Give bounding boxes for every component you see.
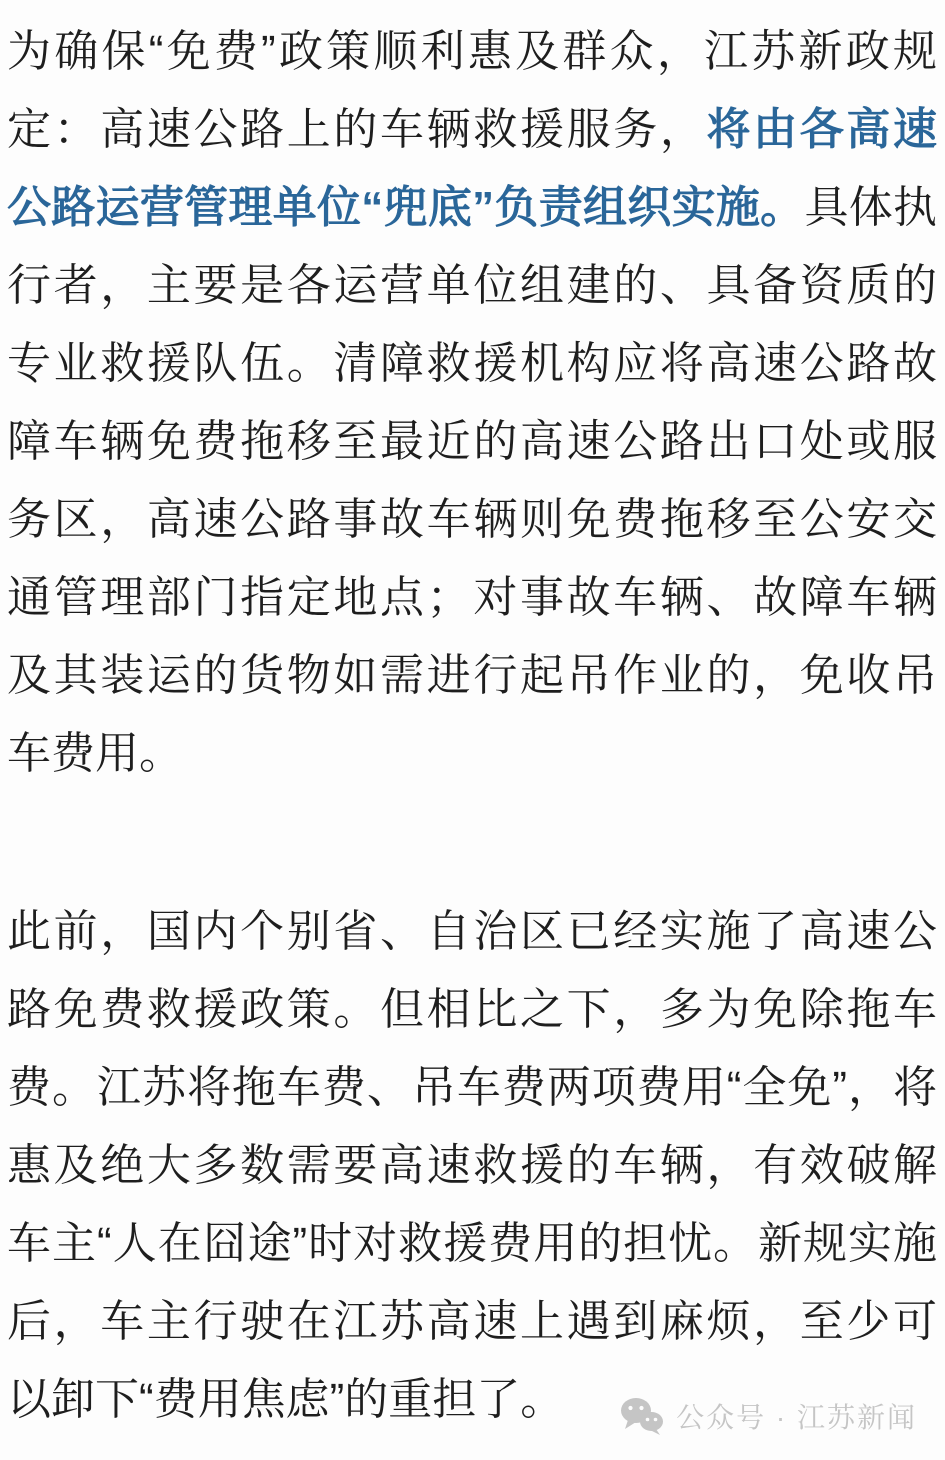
watermark: 公众号 · 江苏新闻 xyxy=(620,1390,917,1442)
body-text: 惠及绝大多数需要高速救援的车辆，有效破解 xyxy=(7,1141,937,1190)
emphasis-text: 公路运营管理单位“兜底”负责组织实施。 xyxy=(7,183,804,232)
body-text: 及其装运的货物如需进行起吊作业的，免收吊 xyxy=(7,651,937,700)
text-line: 此前，国内个别省、自治区已经实施了高速公 xyxy=(7,893,937,971)
body-text: 后，车主行驶在江苏高速上遇到麻烦，至少可 xyxy=(7,1297,937,1346)
body-text: 以卸下“费用焦虑”的重担了。 xyxy=(7,1375,564,1424)
watermark-label: 公众号 · 江苏新闻 xyxy=(676,1396,917,1436)
text-line: 后，车主行驶在江苏高速上遇到麻烦，至少可 xyxy=(7,1283,937,1361)
text-line: 通管理部门指定地点；对事故车辆、故障车辆 xyxy=(7,559,937,637)
text-line: 障车辆免费拖移至最近的高速公路出口处或服 xyxy=(7,403,937,481)
wechat-icon xyxy=(620,1397,664,1435)
text-line: 专业救援队伍。清障救援机构应将高速公路故 xyxy=(7,325,937,403)
body-text: 障车辆免费拖移至最近的高速公路出口处或服 xyxy=(7,417,937,466)
body-text: 车主“人在囧途”时对救援费用的担忧。新规实施 xyxy=(7,1219,937,1268)
text-line: 为确保“免费”政策顺利惠及群众，江苏新政规 xyxy=(7,13,937,91)
text-line: 车费用。 xyxy=(7,715,937,793)
body-text: 通管理部门指定地点；对事故车辆、故障车辆 xyxy=(7,573,937,622)
body-text: 路免费救援政策。但相比之下，多为免除拖车 xyxy=(7,985,937,1034)
body-text: 此前，国内个别省、自治区已经实施了高速公 xyxy=(7,907,937,956)
body-text: 具体执 xyxy=(804,183,937,232)
body-text: 务区，高速公路事故车辆则免费拖移至公安交 xyxy=(7,495,937,544)
body-text: 定：高速公路上的车辆救援服务， xyxy=(7,105,706,154)
emphasis-text: 将由各高速 xyxy=(706,105,937,154)
text-line: 路免费救援政策。但相比之下，多为免除拖车 xyxy=(7,971,937,1049)
text-line: 定：高速公路上的车辆救援服务，将由各高速 xyxy=(7,91,937,169)
text-line: 及其装运的货物如需进行起吊作业的，免收吊 xyxy=(7,637,937,715)
paragraph-2: 此前，国内个别省、自治区已经实施了高速公路免费救援政策。但相比之下，多为免除拖车… xyxy=(7,893,937,1439)
text-line: 车主“人在囧途”时对救援费用的担忧。新规实施 xyxy=(7,1205,937,1283)
article-body: 为确保“免费”政策顺利惠及群众，江苏新政规定：高速公路上的车辆救援服务，将由各高… xyxy=(0,0,945,1439)
text-line: 费。江苏将拖车费、吊车费两项费用“全免”，将 xyxy=(7,1049,937,1127)
text-line: 务区，高速公路事故车辆则免费拖移至公安交 xyxy=(7,481,937,559)
body-text: 费。江苏将拖车费、吊车费两项费用“全免”，将 xyxy=(7,1063,937,1112)
body-text: 专业救援队伍。清障救援机构应将高速公路故 xyxy=(7,339,937,388)
body-text: 行者，主要是各运营单位组建的、具备资质的 xyxy=(7,261,937,310)
paragraph-1: 为确保“免费”政策顺利惠及群众，江苏新政规定：高速公路上的车辆救援服务，将由各高… xyxy=(7,13,937,793)
body-text: 车费用。 xyxy=(7,729,183,778)
text-line: 公路运营管理单位“兜底”负责组织实施。具体执 xyxy=(7,169,937,247)
body-text: 为确保“免费”政策顺利惠及群众，江苏新政规 xyxy=(7,27,937,76)
text-line: 惠及绝大多数需要高速救援的车辆，有效破解 xyxy=(7,1127,937,1205)
text-line: 行者，主要是各运营单位组建的、具备资质的 xyxy=(7,247,937,325)
